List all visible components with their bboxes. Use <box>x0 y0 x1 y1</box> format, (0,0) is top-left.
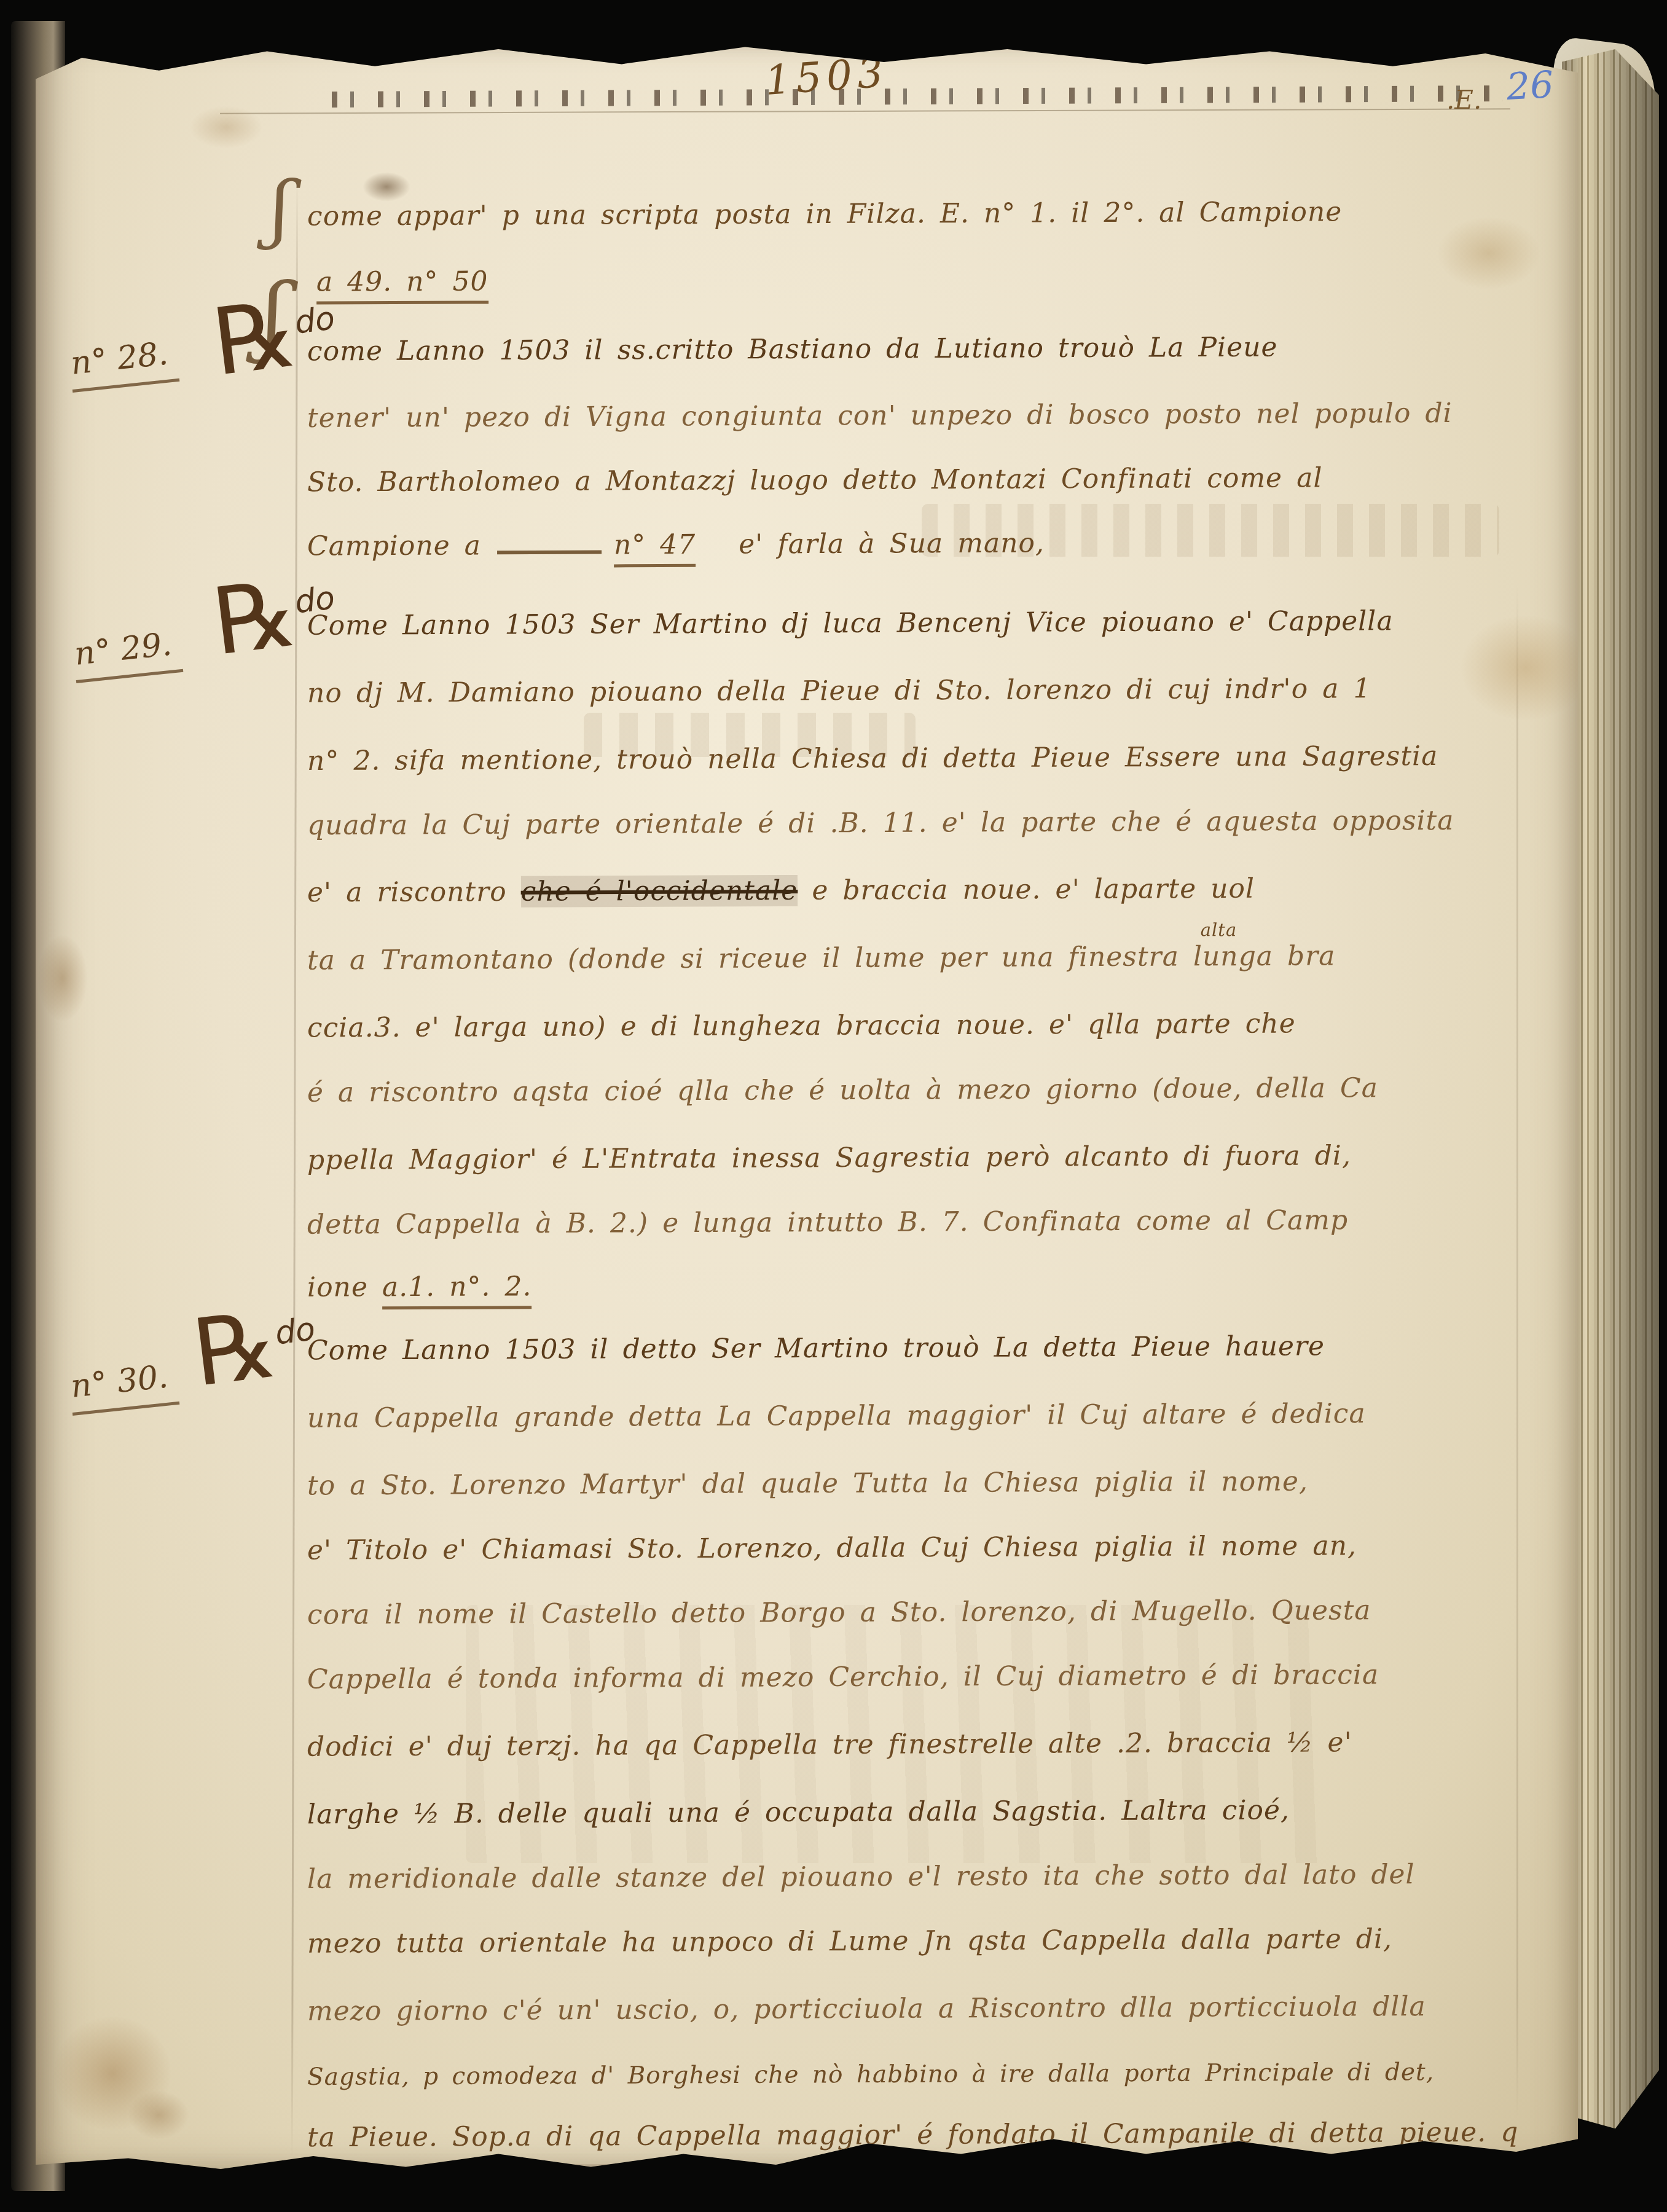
manuscript-line: la meridionale dalle stanze del piouano … <box>307 1859 1415 1895</box>
stain <box>38 935 87 1021</box>
underlined-reference: a.1. n°. 2. <box>382 1271 532 1309</box>
manuscript-line: ccia.3. e' larga uno) e di lungheza brac… <box>307 1008 1296 1044</box>
manuscript-line: no dj M. Damiano piouano della Pieue di … <box>307 673 1371 709</box>
underlined-reference: a 49. n° 50 <box>316 265 488 304</box>
entry-number-30: n° 30. <box>68 1360 179 1416</box>
manuscript-line: Cappella é tonda informa di mezo Cerchio… <box>307 1660 1379 1695</box>
stain <box>128 2090 189 2139</box>
stain <box>189 106 263 149</box>
crossed-out-text: B. 43 et 2i <box>471 2164 633 2196</box>
stain <box>363 172 410 202</box>
page-top-edge-line <box>220 108 1510 114</box>
manuscript-line: Campione an° 47e' farla à Sua mano, <box>307 528 1045 562</box>
manuscript-line: una Cappella grande detta La Cappella ma… <box>307 1398 1366 1434</box>
manuscript-line: n° 2. sifa mentione, trouò nella Chiesa … <box>307 741 1438 777</box>
manuscript-line: mezo giorno c'é un' uscio, o, porticciuo… <box>307 1991 1426 2028</box>
manuscript-line: quadra la Cuj parte orientale é di .B. 1… <box>307 806 1454 842</box>
manuscript-line: come appar' p una scripta posta in Filza… <box>307 197 1343 232</box>
manuscript-line: a 49. n° 50 <box>316 266 488 298</box>
manuscript-line: mezo tutta orientale ha unpoco di Lume J… <box>307 1924 1392 1959</box>
manuscript-line: larghe ½ B. delle quali una é occupata d… <box>307 1795 1290 1831</box>
manuscript-line: d'altezza di B. 43 et 2i equangolo, cio … <box>289 2162 1256 2197</box>
blank-line <box>497 532 602 555</box>
page-top-edge-marks <box>332 85 1502 108</box>
manuscript-line: ta Pieue. Sop.a di qa Cappella maggior' … <box>307 2117 1519 2154</box>
manuscript-line: to a Sto. Lorenzo Martyr' dal quale Tutt… <box>307 1466 1308 1502</box>
manuscript-line: e' a riscontro che é l'occidentale e bra… <box>307 874 1255 909</box>
manuscript-scan: 1503 .E. 26 ʃ come appar' p una scripta … <box>0 0 1667 2212</box>
manuscript-line: ta a Tramontano (donde si riceue il lume… <box>307 941 1336 976</box>
manuscript-line: come Lanno 1503 il ss.critto Bastiano da… <box>307 332 1278 367</box>
manuscript-line: Come Lanno 1503 il detto Ser Martino tro… <box>307 1331 1325 1367</box>
manuscript-page: 1503 .E. 26 ʃ come appar' p una scripta … <box>36 32 1578 2178</box>
stain <box>1461 616 1590 720</box>
manuscript-line: e' Titolo e' Chiamasi Sto. Lorenzo, dall… <box>307 1531 1357 1566</box>
manuscript-line: detta Cappella à B. 2.) e lunga intutto … <box>307 1205 1348 1241</box>
entry-number-28: n° 28. <box>68 337 179 393</box>
ricordo-mark: ℞do <box>189 1293 322 1400</box>
manuscript-line: Sto. Bartholomeo a Montazzj luogo detto … <box>307 463 1323 498</box>
manuscript-line: dodici e' duj terzj. ha qa Cappella tre … <box>307 1727 1352 1763</box>
corner-mark: .E. <box>1446 87 1481 113</box>
folio-number: 26 <box>1505 66 1554 106</box>
pen-flourish: ʃ <box>270 172 291 246</box>
manuscript-line: cora il nome il Castello detto Borgo a S… <box>307 1595 1371 1631</box>
manuscript-line: ppella Maggior' é L'Entrata inessa Sagre… <box>307 1140 1351 1176</box>
stain <box>1437 216 1541 290</box>
manuscript-line: ione a.1. n°. 2. <box>307 1271 532 1303</box>
entry-number-29: n° 29. <box>72 627 183 683</box>
crossed-out-text: che é l'occidentale <box>521 875 798 908</box>
manuscript-line: Come Lanno 1503 Ser Martino dj luca Benc… <box>307 606 1394 641</box>
margin-rule-line <box>291 178 298 2157</box>
manuscript-line: tener' un' pezo di Vigna congiunta con' … <box>307 398 1453 434</box>
manuscript-line: Sagstia, p comodeza d' Borghesi che nò h… <box>307 2059 1434 2092</box>
manuscript-line: é a riscontro aqsta cioé qlla che é uolt… <box>307 1073 1378 1108</box>
year-header: 1503 <box>764 52 889 101</box>
inserted-word: alta <box>1201 920 1238 941</box>
right-crease-line <box>1516 584 1518 2120</box>
